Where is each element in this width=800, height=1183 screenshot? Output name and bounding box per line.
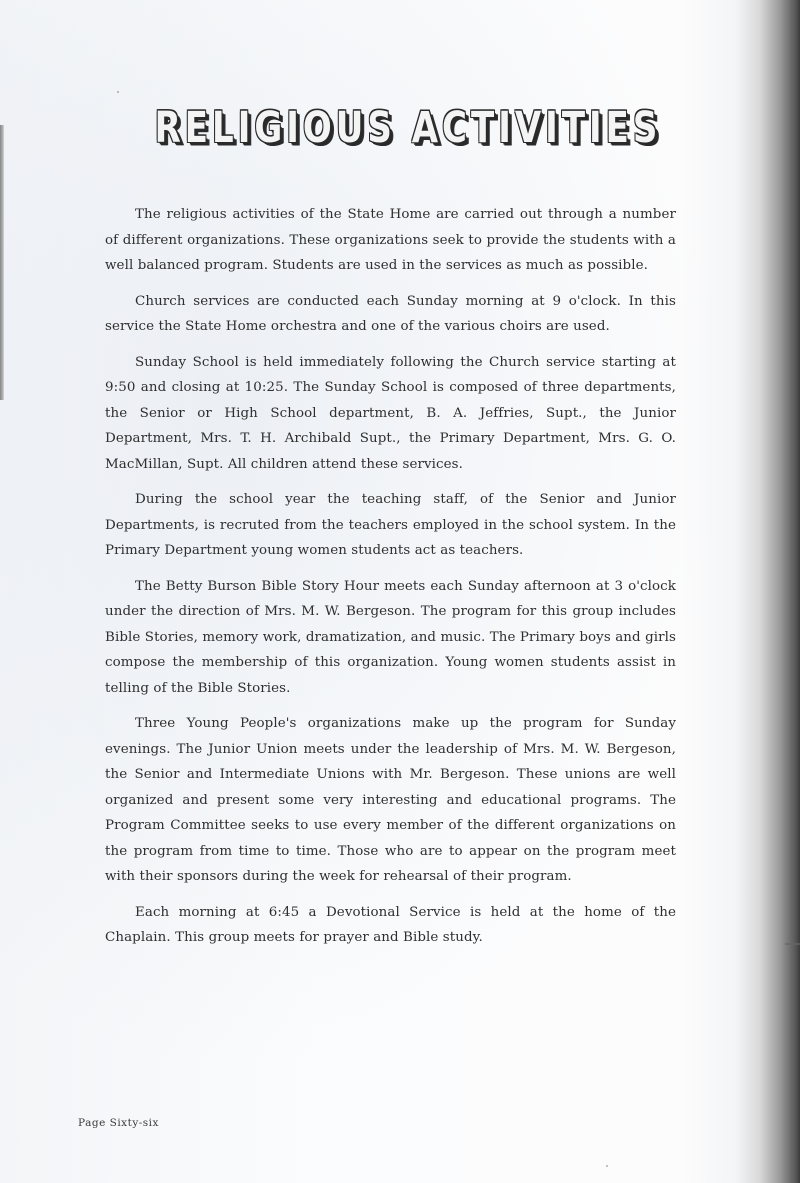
paragraph-bible-story-hour: The Betty Burson Bible Story Hour meets … bbox=[105, 574, 676, 702]
paragraph-church-services: Church services are conducted each Sunda… bbox=[105, 289, 676, 340]
article-body: The religious activities of the State Ho… bbox=[105, 202, 676, 961]
speck bbox=[606, 1165, 608, 1167]
page-edge-mark bbox=[785, 943, 800, 945]
page-number: Page Sixty-six bbox=[78, 1117, 159, 1129]
paragraph-teaching-staff: During the school year the teaching staf… bbox=[105, 487, 676, 564]
page-title: RELIGIOUS ACTIVITIES bbox=[0, 103, 800, 153]
speck bbox=[117, 91, 119, 93]
paragraph-young-peoples-organizations: Three Young People's organizations make … bbox=[105, 711, 676, 890]
paragraph-sunday-school: Sunday School is held immediately follow… bbox=[105, 350, 676, 478]
binding-edge bbox=[0, 125, 4, 400]
scanned-page: RELIGIOUS ACTIVITIES The religious activ… bbox=[0, 0, 800, 1183]
paragraph-devotional-service: Each morning at 6:45 a Devotional Servic… bbox=[105, 900, 676, 951]
paragraph-intro: The religious activities of the State Ho… bbox=[105, 202, 676, 279]
